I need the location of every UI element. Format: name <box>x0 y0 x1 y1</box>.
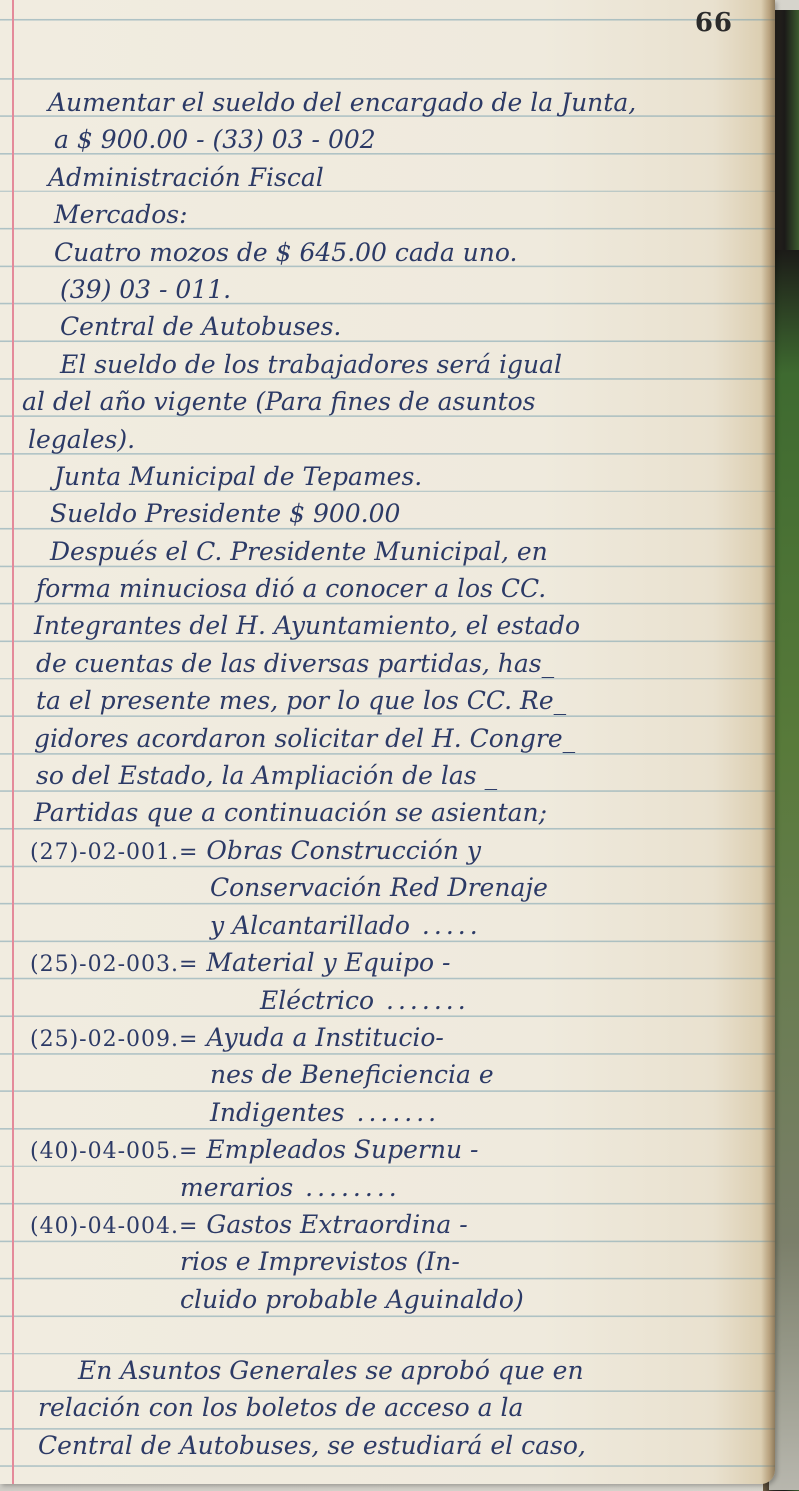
closing-line: Central de Autobuses, se estudiará el ca… <box>38 1427 586 1464</box>
intro-line: gidores acordaron solicitar del H. Congr… <box>34 720 636 757</box>
page-number: 66 <box>695 8 733 38</box>
budget-items-list: (27)-02-001.= Obras Construcción y Conse… <box>30 832 775 1318</box>
budget-item-description: Indigentes <box>210 1098 345 1127</box>
budget-item-row: Indigentes ....... $ 8,000.00 <box>30 1094 775 1131</box>
budget-item-code: (27)-02-001.= <box>30 834 198 871</box>
budget-item-row: (25)-02-009.= Ayuda a Institucio- <box>30 1019 775 1056</box>
budget-item-row: Conservación Red Drenaje <box>30 869 775 906</box>
budget-item-description: Conservación Red Drenaje <box>210 873 548 902</box>
account-code: (39) 03 - 011. <box>48 271 636 308</box>
budget-item-description: Eléctrico <box>260 986 374 1015</box>
closing-text-block: En Asuntos Generales se aprobó que en re… <box>38 1352 586 1464</box>
closing-line: En Asuntos Generales se aprobó que en <box>38 1352 586 1389</box>
intro-line: Aumentar el sueldo del encargado de la J… <box>48 84 636 121</box>
budget-item-code: (25)-02-003.= <box>30 946 198 983</box>
closing-line: relación con los boletos de acceso a la <box>38 1389 586 1426</box>
budget-item-row: (40)-04-005.= Empleados Supernu - <box>30 1131 775 1168</box>
budget-item-code: (25)-02-009.= <box>30 1021 198 1058</box>
intro-line: Cuatro mozos de $ 645.00 cada uno. <box>48 234 636 271</box>
ledger-page: 66 Aumentar el sueldo del encargado de l… <box>0 0 775 1484</box>
intro-line: Partidas que a continuación se asientan; <box>34 794 636 831</box>
intro-line: a $ 900.00 - (33) 03 - 002 <box>48 121 636 158</box>
budget-item-row: Eléctrico ....... $ 20,000.00 <box>30 982 775 1019</box>
intro-line: Sueldo Presidente $ 900.00 <box>48 495 636 532</box>
dot-leader: ..... <box>410 911 482 940</box>
intro-line: Después el C. Presidente Municipal, en <box>48 533 636 570</box>
budget-item-row: cluido probable Aguinaldo) $ 60,000.00 <box>30 1281 775 1318</box>
intro-line: ta el presente mes, por lo que los CC. R… <box>36 682 636 719</box>
section-heading-administracion-fiscal: Administración Fiscal <box>48 159 636 196</box>
budget-item-row: (25)-02-003.= Material y Equipo - <box>30 944 775 981</box>
budget-item-description: rios e Imprevistos (In- <box>180 1247 460 1276</box>
intro-line: de cuentas de las diversas partidas, has… <box>36 645 636 682</box>
budget-item-description: cluido probable Aguinaldo) <box>180 1285 524 1314</box>
dot-leader: ........ <box>293 1173 401 1202</box>
intro-text-block: Aumentar el sueldo del encargado de la J… <box>48 84 636 832</box>
dot-leader: ....... <box>374 986 470 1015</box>
intro-line: forma minuciosa dió a conocer a los CC. <box>36 570 636 607</box>
intro-line: legales). <box>28 421 636 458</box>
budget-item-code: (40)-04-004.= <box>30 1208 198 1245</box>
red-margin-line <box>12 0 14 1484</box>
section-heading-central-autobuses: Central de Autobuses. <box>48 308 636 345</box>
section-heading-junta-tepames: Junta Municipal de Tepames. <box>48 458 636 495</box>
budget-item-row: nes de Beneficiencia e <box>30 1056 775 1093</box>
budget-item-description: Gastos Extraordina - <box>206 1210 467 1239</box>
budget-item-row: (27)-02-001.= Obras Construcción y <box>30 832 775 869</box>
budget-item-description: y Alcantarillado <box>210 911 410 940</box>
dot-leader: ....... <box>345 1098 441 1127</box>
budget-item-row: (40)-04-004.= Gastos Extraordina - <box>30 1206 775 1243</box>
budget-item-row: rios e Imprevistos (In- <box>30 1243 775 1280</box>
intro-line: El sueldo de los trabajadores será igual <box>48 346 636 383</box>
intro-line: al del año vigente (Para fines de asunto… <box>22 383 636 420</box>
section-heading-mercados: Mercados: <box>48 196 636 233</box>
budget-item-description: Empleados Supernu - <box>206 1135 478 1164</box>
intro-line: so del Estado, la Ampliación de las _ <box>36 757 636 794</box>
budget-item-description: merarios <box>180 1173 293 1202</box>
budget-item-description: nes de Beneficiencia e <box>210 1060 494 1089</box>
budget-item-description: Obras Construcción y <box>206 836 481 865</box>
budget-item-row: merarios ........ $ 10,000.00 <box>30 1169 775 1206</box>
budget-item-row: y Alcantarillado ..... $ 25,000.00 <box>30 907 775 944</box>
budget-item-description: Material y Equipo - <box>206 948 450 977</box>
budget-item-description: Ayuda a Institucio- <box>206 1023 443 1052</box>
budget-item-code: (40)-04-005.= <box>30 1133 198 1170</box>
intro-line: Integrantes del H. Ayuntamiento, el esta… <box>34 607 636 644</box>
